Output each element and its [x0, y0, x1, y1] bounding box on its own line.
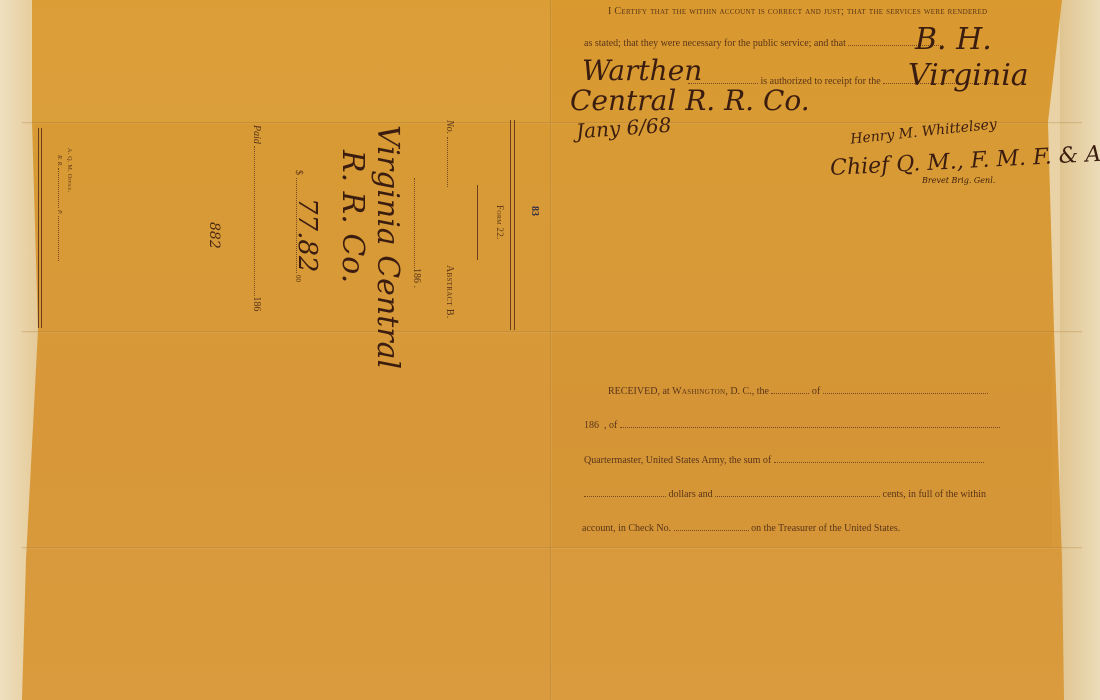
year-text: 186 — [584, 420, 599, 431]
docket-date-field — [414, 178, 416, 268]
received-text: RECEIVED, at — [608, 386, 670, 397]
company-handwritten-2: Central R. R. Co. — [570, 84, 810, 117]
no-field — [447, 137, 449, 187]
rr-field-2 — [58, 216, 60, 261]
of-text-2: , of — [604, 420, 617, 431]
dc-the-text: , D. C., the — [725, 386, 769, 397]
dollars-text: dollars and — [669, 489, 713, 500]
fold-line-horizontal-3 — [22, 547, 1082, 549]
side-number-handwritten: 882 — [206, 222, 222, 249]
docket-payee-handwritten-2: R. R. Co. — [335, 150, 370, 283]
docket-date-line: 186 . — [411, 178, 422, 288]
payee-initials-handwritten: B. H. — [915, 22, 992, 57]
no-label: No. — [444, 120, 455, 187]
rr-field — [58, 168, 60, 208]
abstract-label: Abstract B. — [444, 265, 455, 319]
quartermaster-text: Quartermaster, United States Army, the s… — [584, 455, 771, 466]
certify-line-2-text: as stated; that they were necessary for … — [584, 38, 846, 49]
docket-payee-handwritten-1: Virginia Central — [370, 125, 405, 369]
rr-suffix: P. — [56, 210, 62, 214]
paid-year: 186 — [251, 296, 262, 311]
check-no-text: account, in Check No. — [582, 523, 671, 534]
sum-field — [774, 461, 984, 463]
form-rule — [477, 185, 478, 260]
paid-line: Paid 186 — [251, 125, 262, 311]
day-field — [771, 392, 809, 394]
cents-text: cents, in full of the within — [883, 489, 986, 500]
rr-line: R. R. P. — [56, 155, 62, 261]
docket-rule-1 — [510, 120, 511, 330]
office-rule-1 — [38, 128, 39, 328]
form-number: Form 22. — [495, 205, 505, 240]
table-surface-right — [1060, 0, 1100, 700]
office-label: A. Q. M. Office. — [66, 148, 72, 193]
paid-label: Paid — [251, 125, 262, 144]
docket-amount-handwritten: 77.82 — [292, 198, 322, 272]
certify-line-1: I Certify that the within account is cor… — [608, 6, 987, 17]
amount-suffix: 00 — [294, 275, 302, 282]
receipt-line-2: 186 , of — [584, 420, 1000, 431]
signature-underscript: Brevet Brig. Genl. — [922, 176, 995, 185]
dollar-sign: $ — [293, 170, 304, 175]
panel-receipt — [552, 331, 1052, 547]
panel-top-left — [30, 0, 550, 122]
payee-surname-handwritten: Warthen — [582, 54, 702, 87]
treasurer-text: on the Treasurer of the United States. — [751, 523, 900, 534]
check-no-field — [674, 529, 749, 531]
docket-year: 186 — [411, 268, 422, 283]
paid-field — [254, 146, 256, 296]
dollars-field — [584, 495, 666, 497]
receipt-line-5: account, in Check No. on the Treasurer o… — [582, 523, 900, 534]
receipt-line-3: Quartermaster, United States Army, the s… — [584, 455, 984, 466]
quartermaster-name-field — [620, 426, 1000, 428]
month-field — [823, 392, 988, 394]
docket-rule-2 — [514, 120, 515, 330]
stamp-mark: 83 — [529, 206, 540, 216]
receipt-line-1: RECEIVED, at Washington, D. C., the of — [608, 386, 988, 397]
certify-line-2: as stated; that they were necessary for … — [584, 38, 943, 49]
rr-label: R. R. — [56, 155, 62, 167]
no-text: No. — [444, 120, 455, 134]
cents-field — [715, 495, 880, 497]
receipt-line-4: dollars and cents, in full of the within — [584, 489, 986, 500]
office-rule-2 — [41, 128, 42, 328]
of-text: of — [812, 386, 820, 397]
washington-text: Washington — [672, 386, 725, 397]
company-handwritten-1: Virginia — [908, 58, 1029, 93]
